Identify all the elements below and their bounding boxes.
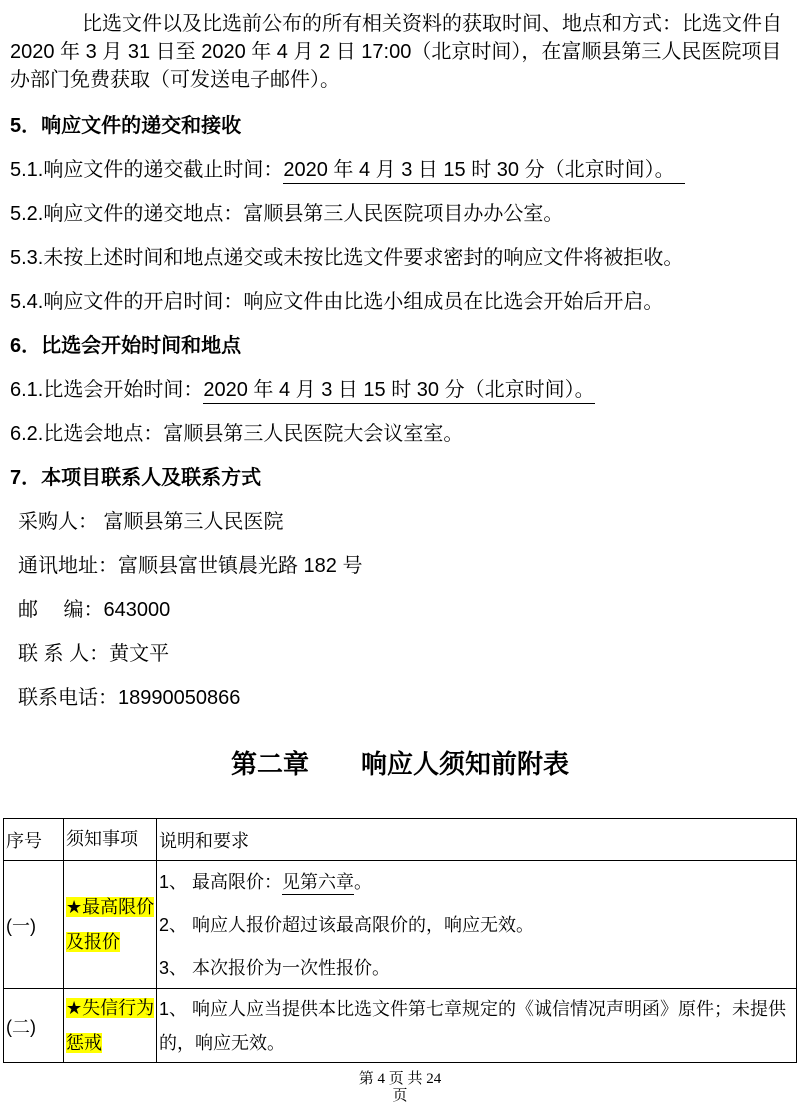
row1-point-1-suffix: 。 xyxy=(354,872,372,892)
notice-table: 序号 须知事项 说明和要求 (一) ★最高限价及报价 1、 最高限价：见第六章。… xyxy=(3,818,797,1063)
item-5-1: 5.1.响应文件的递交截止时间：2020 年 4 月 3 日 15 时 30 分… xyxy=(10,156,790,184)
row1-point-1-label: 1、 最高限价： xyxy=(159,872,282,892)
contact-phone: 联系电话：18990050866 xyxy=(10,684,790,712)
item-6-1-label: 6.1.比选会开始时间： xyxy=(10,379,203,401)
row1-point-1: 1、 最高限价：见第六章。 xyxy=(159,868,794,896)
row2-desc-cell: 1、 响应人应当提供本比选文件第七章规定的《诚信情况声明函》原件；未提供的，响应… xyxy=(157,989,797,1063)
page-footer: 第 4 页 共 24 页 xyxy=(10,1071,790,1105)
contact-purchaser: 采购人： 富顺县第三人民医院 xyxy=(10,508,790,536)
contact-postcode: 邮 编：643000 xyxy=(10,596,790,624)
item-5-1-label: 5.1.响应文件的递交截止时间： xyxy=(10,159,283,181)
table-row: (二) ★失信行为惩戒 1、 响应人应当提供本比选文件第七章规定的《诚信情况声明… xyxy=(4,989,797,1063)
header-cell-desc: 说明和要求 xyxy=(157,819,797,861)
row2-point-1: 1、 响应人应当提供本比选文件第七章规定的《诚信情况声明函》原件；未提供的，响应… xyxy=(159,992,794,1060)
chapter-title: 第二章 响应人须知前附表 xyxy=(10,748,790,780)
row2-item-cell: ★失信行为惩戒 xyxy=(64,989,157,1063)
header-cell-no: 序号 xyxy=(4,819,64,861)
item-5-1-deadline-underlined: 2020 年 4 月 3 日 15 时 30 分（北京时间）。 xyxy=(283,159,684,184)
row1-point-2: 2、 响应人报价超过该最高限价的，响应无效。 xyxy=(159,911,794,939)
item-5-4: 5.4.响应文件的开启时间：响应文件由比选小组成员在比选会开始后开启。 xyxy=(10,288,790,316)
intro-paragraph: 比选文件以及比选前公布的所有相关资料的获取时间、地点和方式：比选文件自 2020… xyxy=(10,10,790,94)
item-6-2: 6.2.比选会地点：富顺县第三人民医院大会议室室。 xyxy=(10,420,790,448)
footer-line2: 页 xyxy=(10,1088,790,1105)
row1-item-highlight-line2: 及报价 xyxy=(66,932,120,952)
row1-item-highlight-line1: ★最高限价 xyxy=(66,897,154,917)
row1-no-cell: (一) xyxy=(4,861,64,989)
item-6-1: 6.1.比选会开始时间：2020 年 4 月 3 日 15 时 30 分（北京时… xyxy=(10,376,790,404)
row1-desc-cell: 1、 最高限价：见第六章。 2、 响应人报价超过该最高限价的，响应无效。 3、 … xyxy=(157,861,797,989)
section-5-heading: 5．响应文件的递交和接收 xyxy=(10,112,790,140)
row1-point-3: 3、 本次报价为一次性报价。 xyxy=(159,954,794,982)
row2-item-highlight-line1: ★失信行为 xyxy=(66,998,154,1018)
table-header-row: 序号 须知事项 说明和要求 xyxy=(4,819,797,861)
footer-line1: 第 4 页 共 24 xyxy=(10,1071,790,1088)
row2-no-cell: (二) xyxy=(4,989,64,1063)
row1-item-cell: ★最高限价及报价 xyxy=(64,861,157,989)
item-5-3: 5.3.未按上述时间和地点递交或未按比选文件要求密封的响应文件将被拒收。 xyxy=(10,244,790,272)
contact-address: 通讯地址：富顺县富世镇晨光路 182 号 xyxy=(10,552,790,580)
document-page: 比选文件以及比选前公布的所有相关资料的获取时间、地点和方式：比选文件自 2020… xyxy=(0,0,800,1105)
header-cell-item: 须知事项 xyxy=(64,819,157,861)
item-6-1-time-underlined: 2020 年 4 月 3 日 15 时 30 分（北京时间）。 xyxy=(203,379,594,404)
row1-point-1-ref-underlined: 见第六章 xyxy=(282,872,354,895)
contact-person: 联 系 人：黄文平 xyxy=(10,640,790,668)
item-5-2: 5.2.响应文件的递交地点：富顺县第三人民医院项目办办公室。 xyxy=(10,200,790,228)
section-7-heading: 7．本项目联系人及联系方式 xyxy=(10,464,790,492)
section-6-heading: 6．比选会开始时间和地点 xyxy=(10,332,790,360)
table-row: (一) ★最高限价及报价 1、 最高限价：见第六章。 2、 响应人报价超过该最高… xyxy=(4,861,797,989)
row2-item-highlight-line2: 惩戒 xyxy=(66,1033,102,1053)
